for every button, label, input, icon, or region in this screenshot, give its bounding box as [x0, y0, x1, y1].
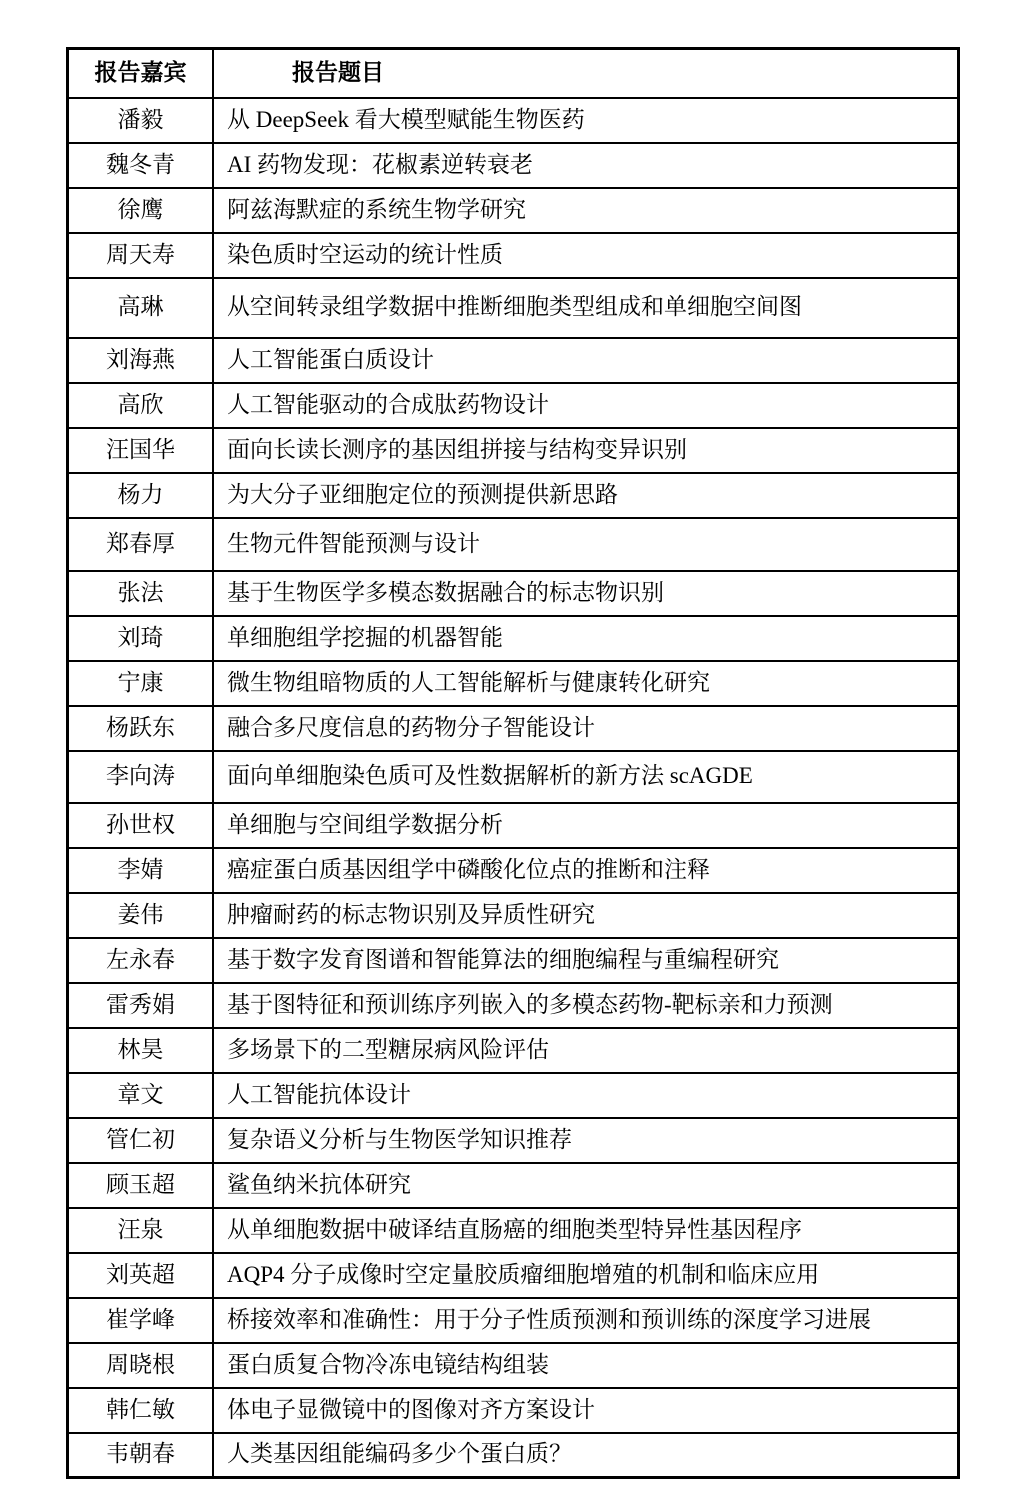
title-cell: 为大分子亚细胞定位的预测提供新思路: [213, 473, 959, 518]
speaker-cell: 韦朝春: [68, 1433, 214, 1478]
table-row: 汪国华 面向长读长测序的基因组拼接与结构变异识别: [68, 428, 959, 473]
header-speaker: 报告嘉宾: [68, 49, 214, 98]
table-row: 汪泉 从单细胞数据中破译结直肠癌的细胞类型特异性基因程序: [68, 1208, 959, 1253]
speaker-cell: 左永春: [68, 938, 214, 983]
table-body: 潘毅 从 DeepSeek 看大模型赋能生物医药 魏冬青 AI 药物发现：花椒素…: [68, 98, 959, 1478]
title-cell: 基于生物医学多模态数据融合的标志物识别: [213, 571, 959, 616]
title-cell: AQP4 分子成像时空定量胶质瘤细胞增殖的机制和临床应用: [213, 1253, 959, 1298]
speaker-cell: 林昊: [68, 1028, 214, 1073]
speaker-cell: 宁康: [68, 661, 214, 706]
table-row: 刘海燕 人工智能蛋白质设计: [68, 338, 959, 383]
title-cell: 鲨鱼纳米抗体研究: [213, 1163, 959, 1208]
speaker-cell: 管仁初: [68, 1118, 214, 1163]
table-row: 顾玉超 鲨鱼纳米抗体研究: [68, 1163, 959, 1208]
speaker-cell: 雷秀娟: [68, 983, 214, 1028]
speaker-cell: 高欣: [68, 383, 214, 428]
title-cell: 微生物组暗物质的人工智能解析与健康转化研究: [213, 661, 959, 706]
speaker-cell: 徐鹰: [68, 188, 214, 233]
speaker-cell: 李向涛: [68, 751, 214, 803]
table-row: 杨跃东 融合多尺度信息的药物分子智能设计: [68, 706, 959, 751]
title-cell: 体电子显微镜中的图像对齐方案设计: [213, 1388, 959, 1433]
speaker-cell: 杨力: [68, 473, 214, 518]
speaker-cell: 魏冬青: [68, 143, 214, 188]
table-row: 崔学峰 桥接效率和准确性：用于分子性质预测和预训练的深度学习进展: [68, 1298, 959, 1343]
title-cell: 融合多尺度信息的药物分子智能设计: [213, 706, 959, 751]
table-row: 徐鹰 阿兹海默症的系统生物学研究: [68, 188, 959, 233]
table-row: 管仁初 复杂语义分析与生物医学知识推荐: [68, 1118, 959, 1163]
speaker-cell: 章文: [68, 1073, 214, 1118]
title-cell: 面向单细胞染色质可及性数据解析的新方法 scAGDE: [213, 751, 959, 803]
speaker-cell: 杨跃东: [68, 706, 214, 751]
title-cell: 从空间转录组学数据中推断细胞类型组成和单细胞空间图: [213, 278, 959, 338]
table-row: 潘毅 从 DeepSeek 看大模型赋能生物医药: [68, 98, 959, 143]
title-cell: 基于数字发育图谱和智能算法的细胞编程与重编程研究: [213, 938, 959, 983]
speaker-cell: 潘毅: [68, 98, 214, 143]
table-row: 刘英超 AQP4 分子成像时空定量胶质瘤细胞增殖的机制和临床应用: [68, 1253, 959, 1298]
header-title: 报告题目: [213, 49, 959, 98]
title-cell: 染色质时空运动的统计性质: [213, 233, 959, 278]
title-cell: AI 药物发现：花椒素逆转衰老: [213, 143, 959, 188]
header-row: 报告嘉宾 报告题目: [68, 49, 959, 98]
speaker-cell: 汪国华: [68, 428, 214, 473]
speaker-cell: 孙世权: [68, 803, 214, 848]
speaker-cell: 刘英超: [68, 1253, 214, 1298]
speaker-cell: 周晓根: [68, 1343, 214, 1388]
table-row: 杨力 为大分子亚细胞定位的预测提供新思路: [68, 473, 959, 518]
title-cell: 多场景下的二型糖尿病风险评估: [213, 1028, 959, 1073]
speaker-cell: 刘海燕: [68, 338, 214, 383]
table-row: 林昊 多场景下的二型糖尿病风险评估: [68, 1028, 959, 1073]
table-row: 高琳 从空间转录组学数据中推断细胞类型组成和单细胞空间图: [68, 278, 959, 338]
table-row: 韩仁敏 体电子显微镜中的图像对齐方案设计: [68, 1388, 959, 1433]
title-cell: 单细胞组学挖掘的机器智能: [213, 616, 959, 661]
table-row: 张法 基于生物医学多模态数据融合的标志物识别: [68, 571, 959, 616]
title-cell: 单细胞与空间组学数据分析: [213, 803, 959, 848]
table-row: 章文 人工智能抗体设计: [68, 1073, 959, 1118]
speaker-cell: 韩仁敏: [68, 1388, 214, 1433]
title-cell: 从单细胞数据中破译结直肠癌的细胞类型特异性基因程序: [213, 1208, 959, 1253]
table-row: 李婧 癌症蛋白质基因组学中磷酸化位点的推断和注释: [68, 848, 959, 893]
table-row: 魏冬青 AI 药物发现：花椒素逆转衰老: [68, 143, 959, 188]
title-cell: 人工智能驱动的合成肽药物设计: [213, 383, 959, 428]
title-cell: 肿瘤耐药的标志物识别及异质性研究: [213, 893, 959, 938]
title-cell: 癌症蛋白质基因组学中磷酸化位点的推断和注释: [213, 848, 959, 893]
schedule-table: 报告嘉宾 报告题目 潘毅 从 DeepSeek 看大模型赋能生物医药 魏冬青 A…: [66, 47, 960, 1479]
table-row: 姜伟 肿瘤耐药的标志物识别及异质性研究: [68, 893, 959, 938]
speaker-cell: 郑春厚: [68, 518, 214, 571]
title-cell: 人工智能抗体设计: [213, 1073, 959, 1118]
title-cell: 人类基因组能编码多少个蛋白质？: [213, 1433, 959, 1478]
title-cell: 桥接效率和准确性：用于分子性质预测和预训练的深度学习进展: [213, 1298, 959, 1343]
title-cell: 生物元件智能预测与设计: [213, 518, 959, 571]
title-cell: 基于图特征和预训练序列嵌入的多模态药物-靶标亲和力预测: [213, 983, 959, 1028]
table-row: 雷秀娟 基于图特征和预训练序列嵌入的多模态药物-靶标亲和力预测: [68, 983, 959, 1028]
speaker-cell: 姜伟: [68, 893, 214, 938]
speaker-cell: 顾玉超: [68, 1163, 214, 1208]
speaker-cell: 崔学峰: [68, 1298, 214, 1343]
title-cell: 蛋白质复合物冷冻电镜结构组装: [213, 1343, 959, 1388]
table-row: 郑春厚 生物元件智能预测与设计: [68, 518, 959, 571]
table-row: 左永春 基于数字发育图谱和智能算法的细胞编程与重编程研究: [68, 938, 959, 983]
title-cell: 从 DeepSeek 看大模型赋能生物医药: [213, 98, 959, 143]
table-row: 韦朝春 人类基因组能编码多少个蛋白质？: [68, 1433, 959, 1478]
title-cell: 复杂语义分析与生物医学知识推荐: [213, 1118, 959, 1163]
table-row: 周天寿 染色质时空运动的统计性质: [68, 233, 959, 278]
document-page: 报告嘉宾 报告题目 潘毅 从 DeepSeek 看大模型赋能生物医药 魏冬青 A…: [0, 0, 1024, 1498]
speaker-cell: 周天寿: [68, 233, 214, 278]
speaker-cell: 张法: [68, 571, 214, 616]
speaker-cell: 李婧: [68, 848, 214, 893]
table-row: 李向涛 面向单细胞染色质可及性数据解析的新方法 scAGDE: [68, 751, 959, 803]
table-row: 高欣 人工智能驱动的合成肽药物设计: [68, 383, 959, 428]
table-row: 周晓根 蛋白质复合物冷冻电镜结构组装: [68, 1343, 959, 1388]
speaker-cell: 刘琦: [68, 616, 214, 661]
table-row: 孙世权 单细胞与空间组学数据分析: [68, 803, 959, 848]
title-cell: 人工智能蛋白质设计: [213, 338, 959, 383]
speaker-cell: 汪泉: [68, 1208, 214, 1253]
table-row: 刘琦 单细胞组学挖掘的机器智能: [68, 616, 959, 661]
speaker-cell: 高琳: [68, 278, 214, 338]
table-row: 宁康 微生物组暗物质的人工智能解析与健康转化研究: [68, 661, 959, 706]
title-cell: 阿兹海默症的系统生物学研究: [213, 188, 959, 233]
title-cell: 面向长读长测序的基因组拼接与结构变异识别: [213, 428, 959, 473]
